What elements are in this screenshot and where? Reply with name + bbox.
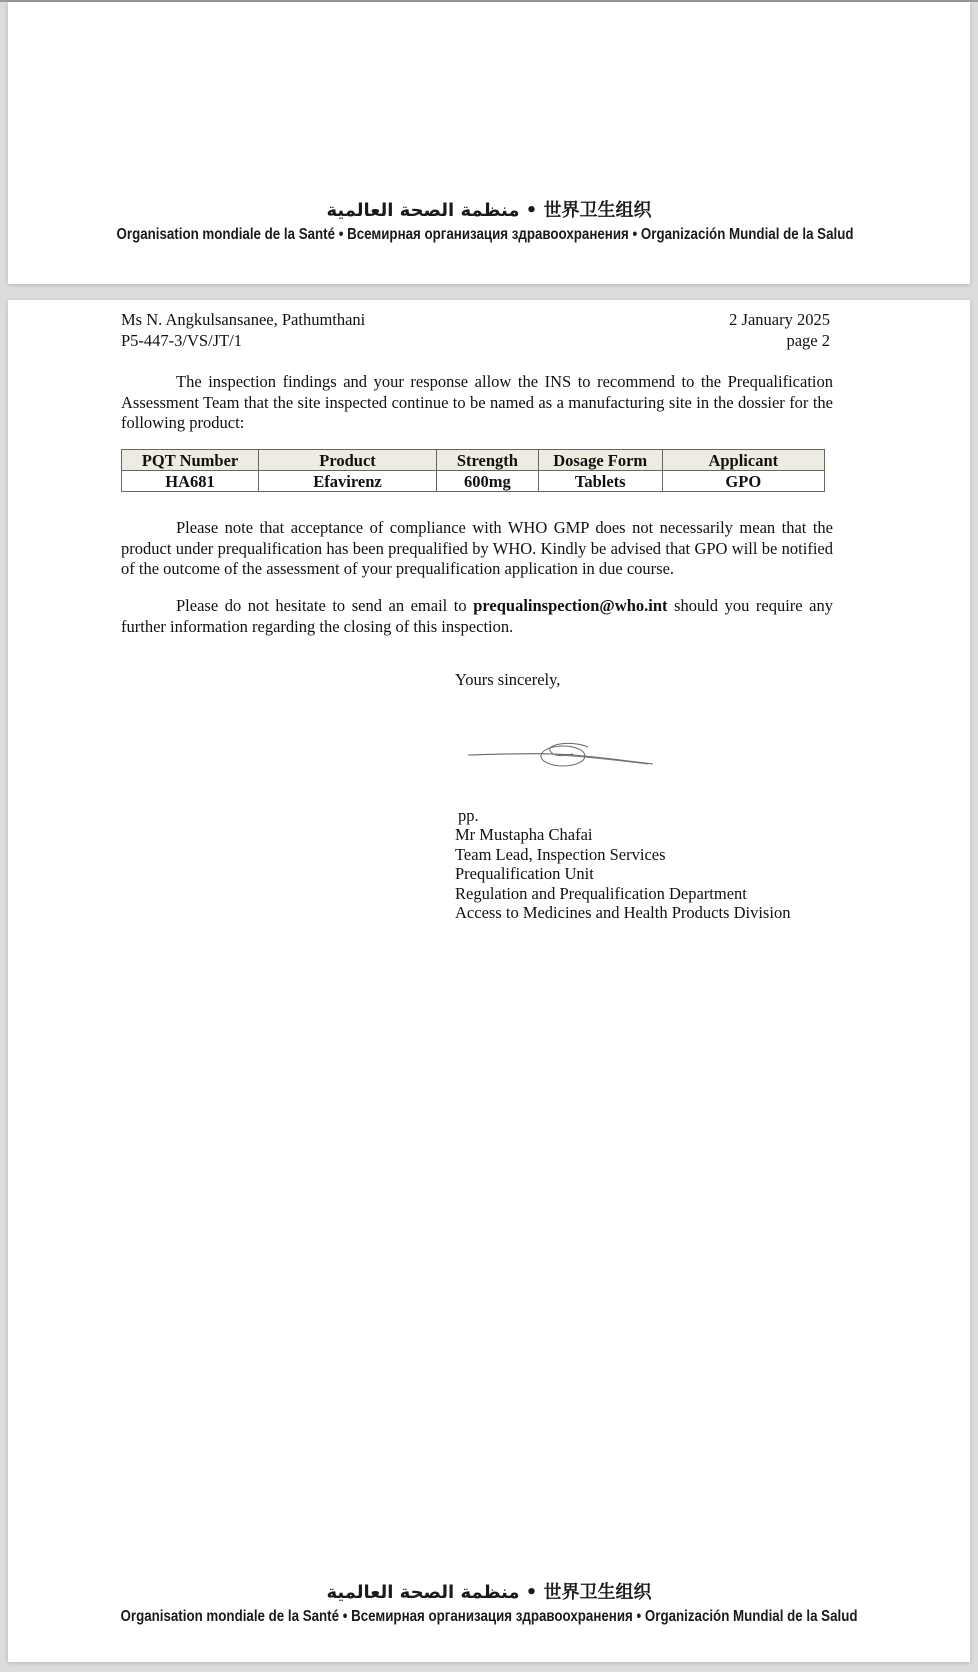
recipient: Ms N. Angkulsansanee, Pathumthani [121,310,365,331]
footer-arabic-chinese: منظمة الصحة العالمية • 世界卫生组织 [8,1580,970,1606]
column-header: Dosage Form [538,450,662,471]
cell-product: Efavirenz [259,471,437,492]
contact-email-link[interactable]: prequalinspection@who.int [473,596,667,615]
header-right: 2 January 2025 page 2 [729,310,830,351]
signature-block: pp. Mr Mustapha Chafai Team Lead, Inspec… [455,806,790,922]
signatory-name: Mr Mustapha Chafai [455,825,790,844]
table-header-row: PQT Number Product Strength Dosage Form … [122,450,825,471]
footer-french-russian-spanish: Organisation mondiale de la Santé • Всем… [75,1606,902,1628]
signatory-department: Regulation and Prequalification Departme… [455,884,790,903]
table-row: HA681 Efavirenz 600mg Tablets GPO [122,471,825,492]
cell-dosage-form: Tablets [538,471,662,492]
page-2-letterhead-footer: منظمة الصحة العالمية • 世界卫生组织 Organisati… [8,1580,970,1628]
page-1-letterhead-footer: منظمة الصحة العالمية • 世界卫生组织 Organisati… [8,198,970,246]
column-header: Strength [436,450,538,471]
signatory-division: Access to Medicines and Health Products … [455,903,790,922]
page-1-fragment: منظمة الصحة العالمية • 世界卫生组织 Organisati… [8,2,970,284]
header-left: Ms N. Angkulsansanee, Pathumthani P5-447… [121,310,365,351]
column-header: PQT Number [122,450,259,471]
cell-strength: 600mg [436,471,538,492]
footer-french-russian-spanish: Organisation mondiale de la Santé • Всем… [68,224,902,246]
product-table: PQT Number Product Strength Dosage Form … [121,449,825,492]
letter-date: 2 January 2025 [729,310,830,331]
cell-pqt-number: HA681 [122,471,259,492]
page-number: page 2 [729,331,830,352]
cell-applicant: GPO [662,471,824,492]
paragraph-contact: Please do not hesitate to send an email … [121,596,833,637]
signatory-unit: Prequalification Unit [455,864,790,883]
column-header: Product [259,450,437,471]
column-header: Applicant [662,450,824,471]
signatory-title: Team Lead, Inspection Services [455,845,790,864]
footer-arabic-chinese: منظمة الصحة العالمية • 世界卫生组织 [8,198,970,224]
pp-label: pp. [455,806,790,825]
paragraph-gmp-note: Please note that acceptance of complianc… [121,518,833,580]
reference-number: P5-447-3/VS/JT/1 [121,331,365,352]
page-2: Ms N. Angkulsansanee, Pathumthani P5-447… [8,300,970,1662]
signature-image [463,732,663,777]
paragraph-recommendation: The inspection findings and your respons… [121,372,833,434]
salutation: Yours sincerely, [455,670,560,691]
